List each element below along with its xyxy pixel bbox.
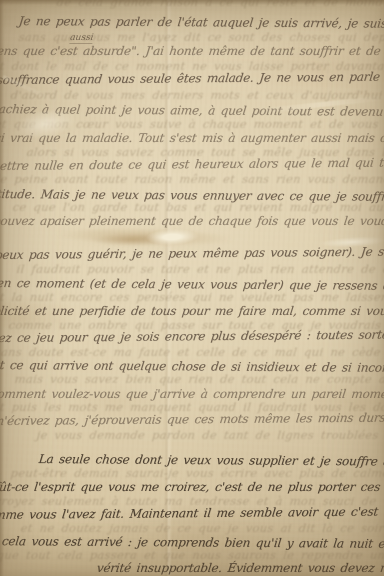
handwritten-line: comme vous l'avez fait. Maintenant il me… [0,504,384,522]
handwritten-line: et cela vous est arrivé : je comprends b… [0,534,384,551]
bleedthrough-line: de cela grande raison à ce qui reste et … [56,0,384,9]
bleedthrough-line: sans doute est-ce ma faute et celle de c… [0,345,384,359]
bleedthrough-line: d'abord de vous mes derniers mots et ceu… [10,88,384,102]
handwritten-line: iez ce jeu pour que je sois encore plus … [0,327,384,345]
bleedthrough-line: il faudrait pouvoir se taire et ne plus … [16,262,384,276]
bleedthrough-line: et ne doutez jamais de ce que je vous ai… [20,521,384,535]
bleedthrough-line: et que mon cœur vous suive à chaque mome… [0,117,384,131]
handwritten-line: peux pas vous guérir, je ne peux même pa… [0,244,384,262]
handwritten-line: si vrai que la maladie. Tout s'est mis à… [0,131,384,145]
handwritten-letter-page: de cela grande raison à ce qui reste et … [0,0,384,576]
dark-stain-spot [92,234,172,246]
bleedthrough-line: peut-être demain saurai-je vous écrire a… [10,466,384,480]
abrasion-damage-center [146,228,199,246]
handwritten-line: fût-ce l'esprit que vous me croirez, c'e… [0,480,384,494]
handwritten-line: plicité et une perfidie de tous pour me … [0,304,384,318]
handwritten-line: pouvez apaiser pleinement que de chaque … [0,214,384,228]
handwritten-line: mettre nulle en doute ce qui est heureux… [0,155,384,173]
handwritten-line: Je ne peux pas parler de l'état auquel j… [18,14,384,31]
handwritten-line: sachiez à quel point je vous aime, à que… [0,102,384,119]
bleedthrough-line: je vous demande pardon de tant de lignes… [36,428,384,442]
bleedthrough-line: de peine avant toute raison même et sans… [0,172,384,186]
interline-insertion-word: aussi [69,33,94,44]
handwritten-line: vérité insupportable. Évidemment vous de… [96,561,384,575]
handwritten-line: sens que c'est absurde". J'ai honte même… [0,44,384,58]
handwritten-line: comment voulez-vous que j'arrive à compr… [0,387,384,401]
